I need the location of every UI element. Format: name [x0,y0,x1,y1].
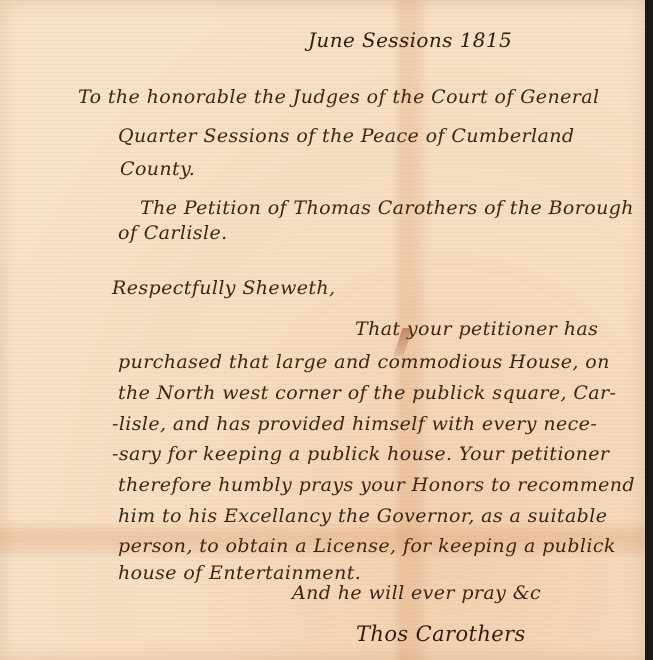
signature: Thos Carothers [356,622,526,646]
petition-intro-line-1: The Petition of Thomas Carothers of the … [140,197,634,219]
body-line-7: him to his Excellancy the Governor, as a… [118,505,607,527]
body-line-8: person, to obtain a License, for keeping… [118,535,616,557]
body-line-5: -sary for keeping a publick house. Your … [112,443,609,465]
body-line-3: the North west corner of the publick squ… [118,382,616,404]
body-line-9: house of Entertainment. [118,562,361,584]
document-page: June Sessions 1815 To the honorable the … [0,0,645,660]
address-line-2: Quarter Sessions of the Peace of Cumberl… [118,125,574,147]
session-date-heading: June Sessions 1815 [308,28,512,52]
address-line-3: County. [120,158,195,180]
address-line-1: To the honorable the Judges of the Court… [78,86,599,108]
salutation: Respectfully Sheweth, [112,277,336,299]
page-edge-shadow [645,0,653,660]
petition-intro-line-2: of Carlisle. [118,222,228,244]
body-line-1: That your petitioner has [355,318,598,340]
body-line-4: -lisle, and has provided himself with ev… [112,413,597,435]
closing-line: And he will ever pray &c [292,582,541,604]
body-line-2: purchased that large and commodious Hous… [118,351,610,373]
body-line-6: therefore humbly prays your Honors to re… [118,474,635,496]
